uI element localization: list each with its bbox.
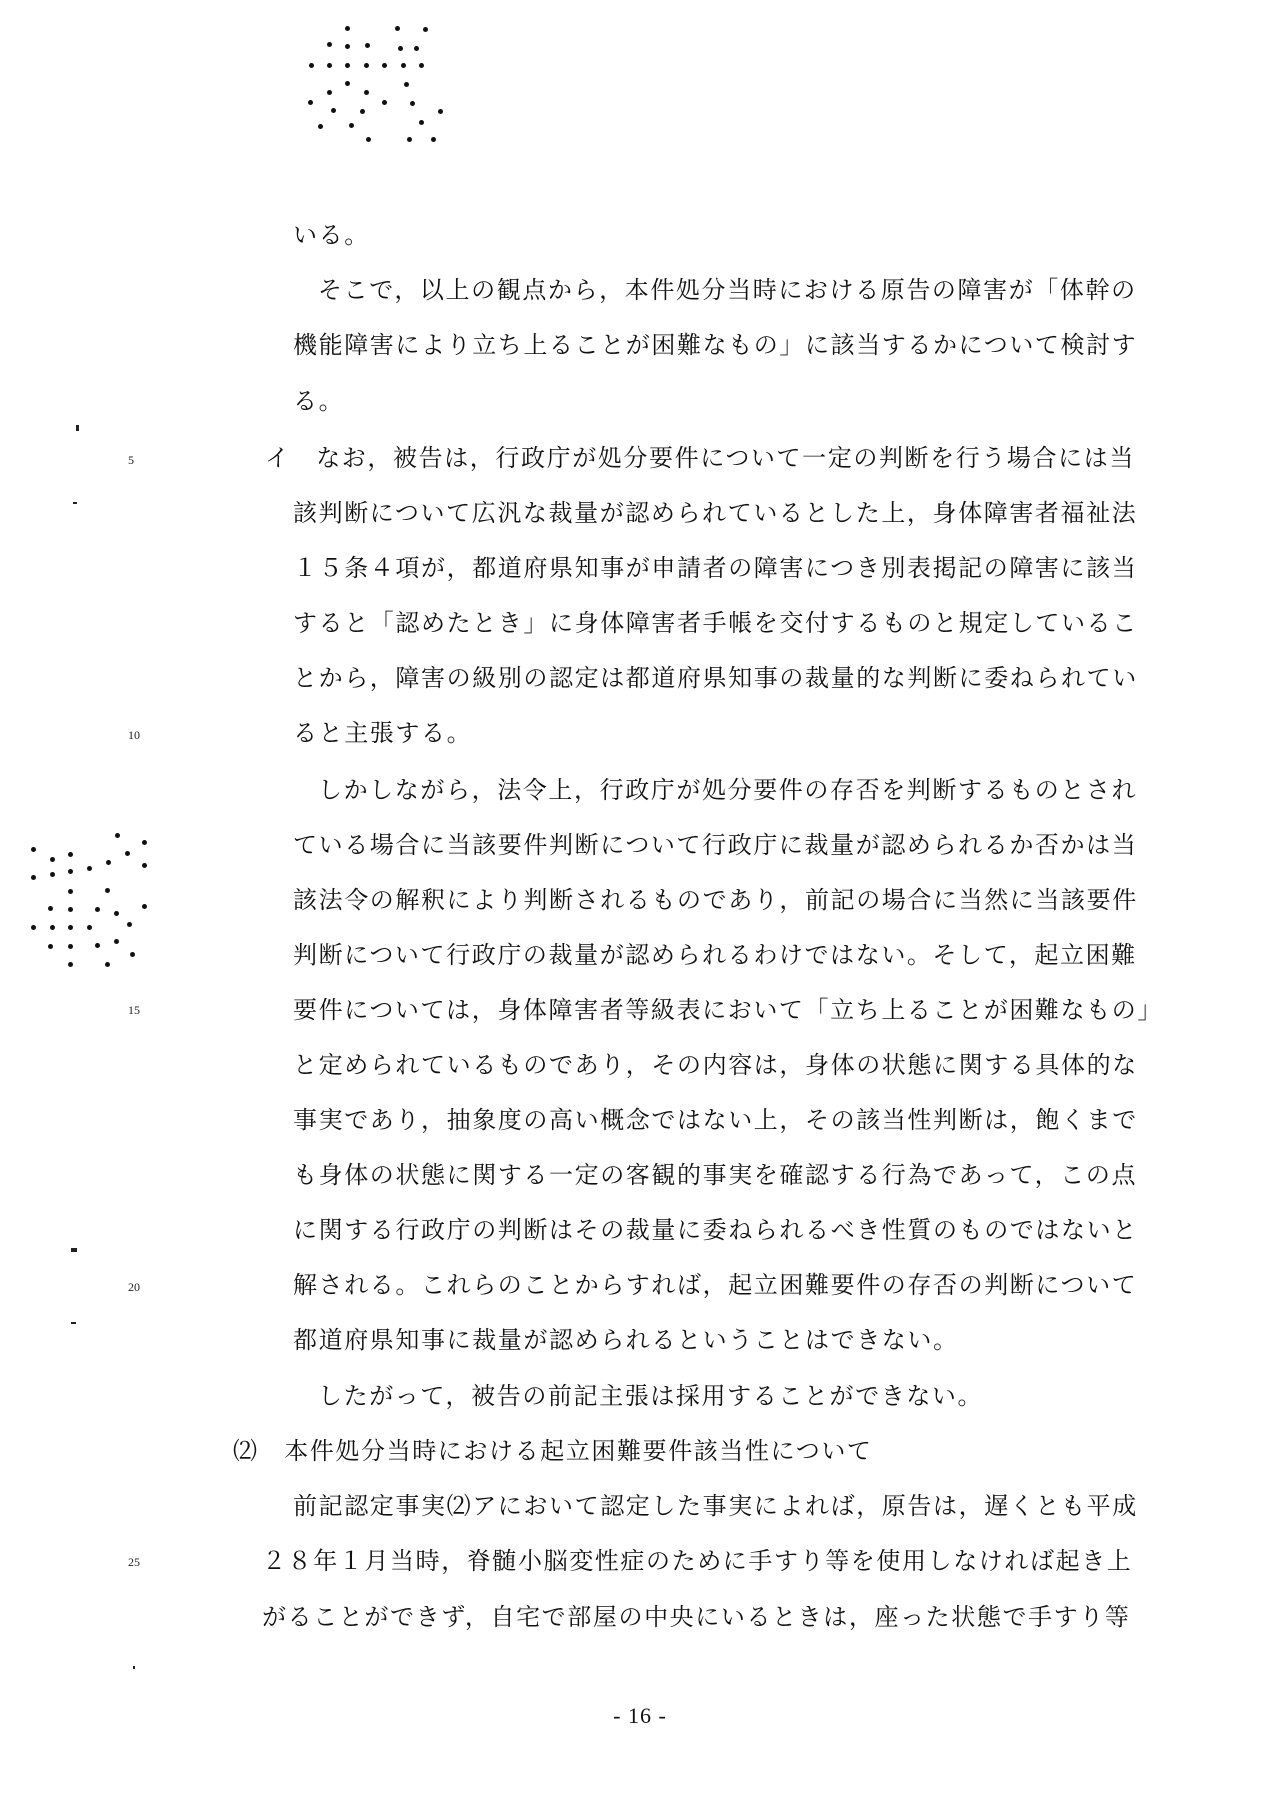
scan-speck [71,1248,77,1252]
dot-pattern-mark-top [290,10,460,150]
text-line: 前記認定事実⑵アにおいて認定した事実によれば，原告は，遅くとも平成 [293,1491,1138,1521]
scan-speck [133,1666,135,1669]
text-line: る。 [293,386,344,416]
text-line: 機能障害により立ち上ることが困難なもの」に該当するかについて検討す [293,330,1137,360]
text-line: いる。 [293,220,370,250]
text-line: ている場合に当該要件判断について行政庁に裁量が認められるか否かは当 [293,830,1137,860]
text-line: 要件については，身体障害者等級表において「立ち上ることが困難なもの」 [293,995,1163,1025]
text-line: ると主張する。 [293,718,472,748]
text-line: とから，障害の級別の認定は都道府県知事の裁量的な判断に委ねられてい [293,663,1138,693]
line-number: 25 [128,1555,168,1570]
text-line: も身体の状態に関する一定の客観的事実を確認する行為であって，この点 [293,1160,1137,1190]
line-number: 5 [128,453,168,468]
page-number: - 16 - [0,1703,1280,1729]
text-line: に関する行政庁の判断はその裁量に委ねられるべき性質のものではないと [293,1215,1138,1245]
line-number: 15 [128,1003,168,1018]
text-line: 該判断について広汎な裁量が認められているとした上，身体障害者福祉法 [293,498,1137,528]
text-line: そこで，以上の観点から，本件処分当時における原告の障害が「体幹の [318,275,1137,305]
text-line: 判断について行政庁の裁量が認められるわけではない。そして，起立困難 [293,940,1137,970]
scan-speck [71,1322,76,1324]
text-line: と定められているものであり，その内容は，身体の状態に関する具体的な [293,1050,1138,1080]
scan-speck [73,502,77,504]
text-line: イ なお，被告は，行政庁が処分要件について一定の判断を行う場合には当 [265,443,1135,473]
text-line: 事実であり，抽象度の高い概念ではない上，その該当性判断は，飽くまで [293,1105,1138,1135]
text-line: 都道府県知事に裁量が認められるということはできない。 [293,1325,959,1355]
section-heading: ⑵ 本件処分当時における起立困難要件該当性について [233,1436,873,1466]
line-number: 20 [128,1280,168,1295]
text-line: 解される。これらのことからすれば，起立困難要件の存否の判断について [293,1270,1137,1300]
text-line: 該法令の解釈により判断されるものであり，前記の場合に当然に当該要件 [293,885,1138,915]
text-line: ２８年１月当時，脊髄小脳変性症のために手すり等を使用しなければ起き上 [262,1546,1132,1576]
text-line: したがって，被告の前記主張は採用することができない。 [318,1381,983,1411]
text-line: しかしながら，法令上，行政庁が処分要件の存否を判断するものとされ [318,775,1137,805]
text-line: すると「認めたとき」に身体障害者手帳を交付するものと規定しているこ [293,608,1138,638]
document-page: 5 10 15 20 25 いる。 そこで，以上の観点から，本件処分当時における… [0,0,1280,1809]
scan-speck [76,425,79,431]
dot-pattern-mark-left [20,820,160,980]
text-line: １５条４項が，都道府県知事が申請者の障害につき別表掲記の障害に該当 [293,553,1137,583]
line-number: 10 [128,728,168,743]
text-line: がることができず，自宅で部屋の中央にいるときは，座った状態で手すり等 [262,1602,1130,1632]
